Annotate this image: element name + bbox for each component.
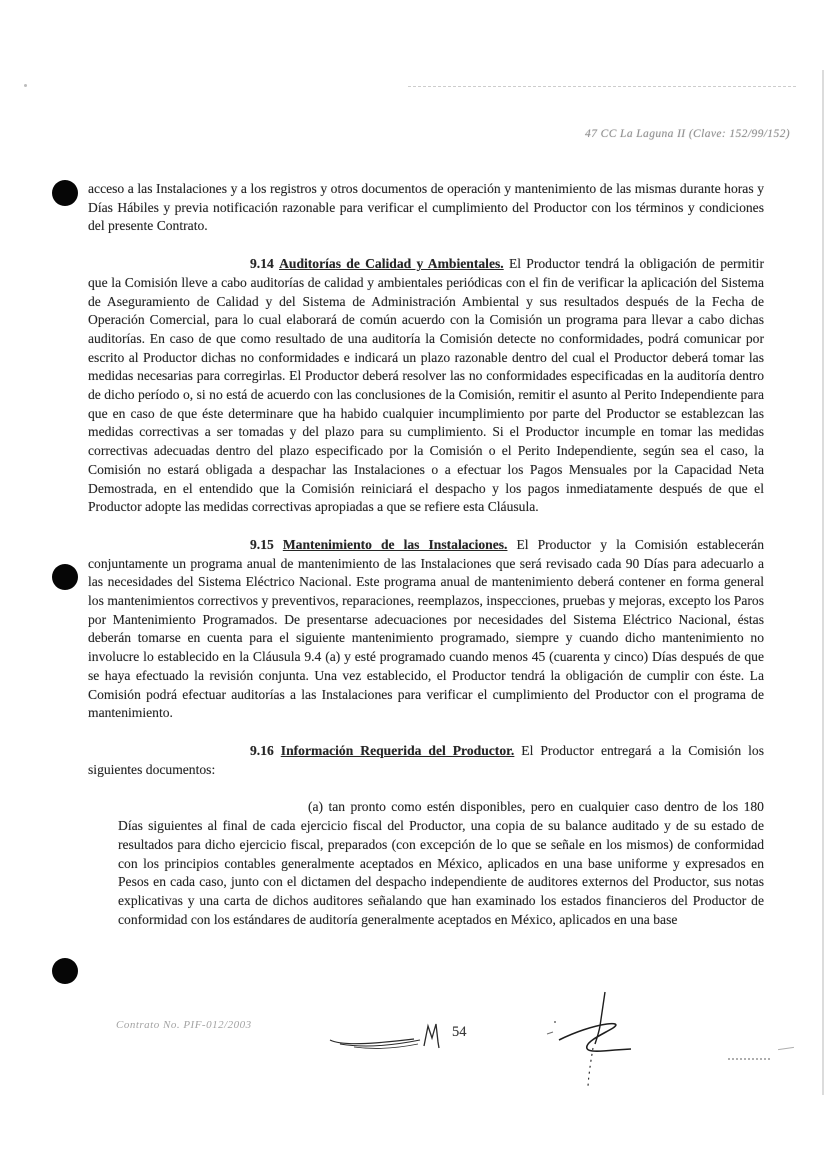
section-9-15-paragraph: 9.15 Mantenimiento de las Instalaciones.… [88, 536, 764, 723]
scan-speck-row [778, 1047, 794, 1050]
section-title: Auditorías de Calidad y Ambientales. [279, 256, 504, 271]
intro-paragraph-text: acceso a las Instalaciones y a los regis… [88, 181, 764, 233]
punch-hole-mark [52, 958, 78, 984]
contract-number: Contrato No. PIF-012/2003 [116, 1019, 252, 1031]
section-number: 9.16 [250, 743, 274, 758]
scan-speck [24, 84, 27, 87]
page-number: 54 [452, 1024, 467, 1041]
section-body-text: El Productor y la Comisión establecerán … [88, 537, 764, 720]
signature-mark-icon [545, 988, 695, 1092]
section-number: 9.15 [250, 537, 274, 552]
document-body: acceso a las Instalaciones y a los regis… [88, 180, 764, 929]
scan-speck-row [408, 86, 796, 87]
intro-paragraph: acceso a las Instalaciones y a los regis… [88, 180, 764, 236]
section-title: Información Requerida del Productor. [281, 743, 515, 758]
clause-a-label: (a) [308, 799, 323, 814]
header-reference: 47 CC La Laguna II (Clave: 152/99/152) [585, 128, 790, 140]
section-title: Mantenimiento de las Instalaciones. [283, 537, 508, 552]
punch-hole-mark [52, 180, 78, 206]
scanned-contract-page: 47 CC La Laguna II (Clave: 152/99/152) a… [0, 0, 828, 1169]
section-body-text: El Productor tendrá la obligación de per… [88, 256, 764, 514]
punch-hole-mark [52, 564, 78, 590]
section-number: 9.14 [250, 256, 274, 271]
strike-squiggle-icon [328, 1018, 460, 1060]
clause-a-paragraph: (a) tan pronto como estén disponibles, p… [118, 798, 764, 929]
section-9-16-paragraph: 9.16 Información Requerida del Productor… [88, 742, 764, 779]
section-9-14-paragraph: 9.14 Auditorías de Calidad y Ambientales… [88, 255, 764, 517]
clause-a-text: tan pronto como estén disponibles, pero … [118, 799, 764, 926]
scan-speck-row [728, 1058, 770, 1060]
scan-edge [822, 70, 824, 1095]
